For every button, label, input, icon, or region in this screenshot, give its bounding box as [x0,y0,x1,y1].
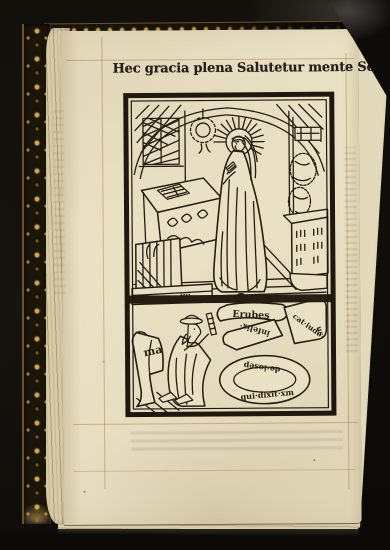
eye [236,143,237,144]
backdrop-bottom-band [0,529,390,550]
figure-eye [194,328,195,329]
show-through-text-left [53,109,65,294]
kneeling-figure [158,313,217,406]
ruling-line-vertical-left [101,37,105,489]
show-through-text-right [344,147,357,352]
ruling-line-horizontal-lower [73,469,355,472]
right-bench [284,209,329,290]
figure-head [187,324,200,343]
show-through-text-bottom [131,425,343,450]
scroll-top-text: Erubes [232,309,270,322]
virgin-mary [213,117,267,298]
book-photograph: { "header": { "text": "Hec gracia plena … [0,0,390,550]
banderoles: ma Erubes cat·iude us· infelix· de·iosep… [132,297,327,407]
scroll-oval: de·iosep qui·dixit·xm [220,355,310,404]
foxing-speck [83,491,85,493]
frame-divider [127,294,333,303]
lattice-window [139,118,183,166]
page-headline: Hec gracia plena Salutetur mente Serena. [112,60,332,78]
book-page: Hec gracia plena Salutetur mente Serena.… [60,29,361,525]
foxing-speck [313,459,315,461]
hat-brim [180,318,202,324]
hanging-wreath [190,109,215,153]
foxing-speck [103,361,105,363]
woodcut-scroll-scene: ma Erubes cat·iude us· infelix· de·iosep… [132,297,327,413]
woodcut-annunciation-scene: l lll llll [131,104,328,304]
woodcut-panel: l lll llll [123,91,337,417]
wall-pillar [185,111,186,188]
margin-ink-marks: : [348,61,352,72]
